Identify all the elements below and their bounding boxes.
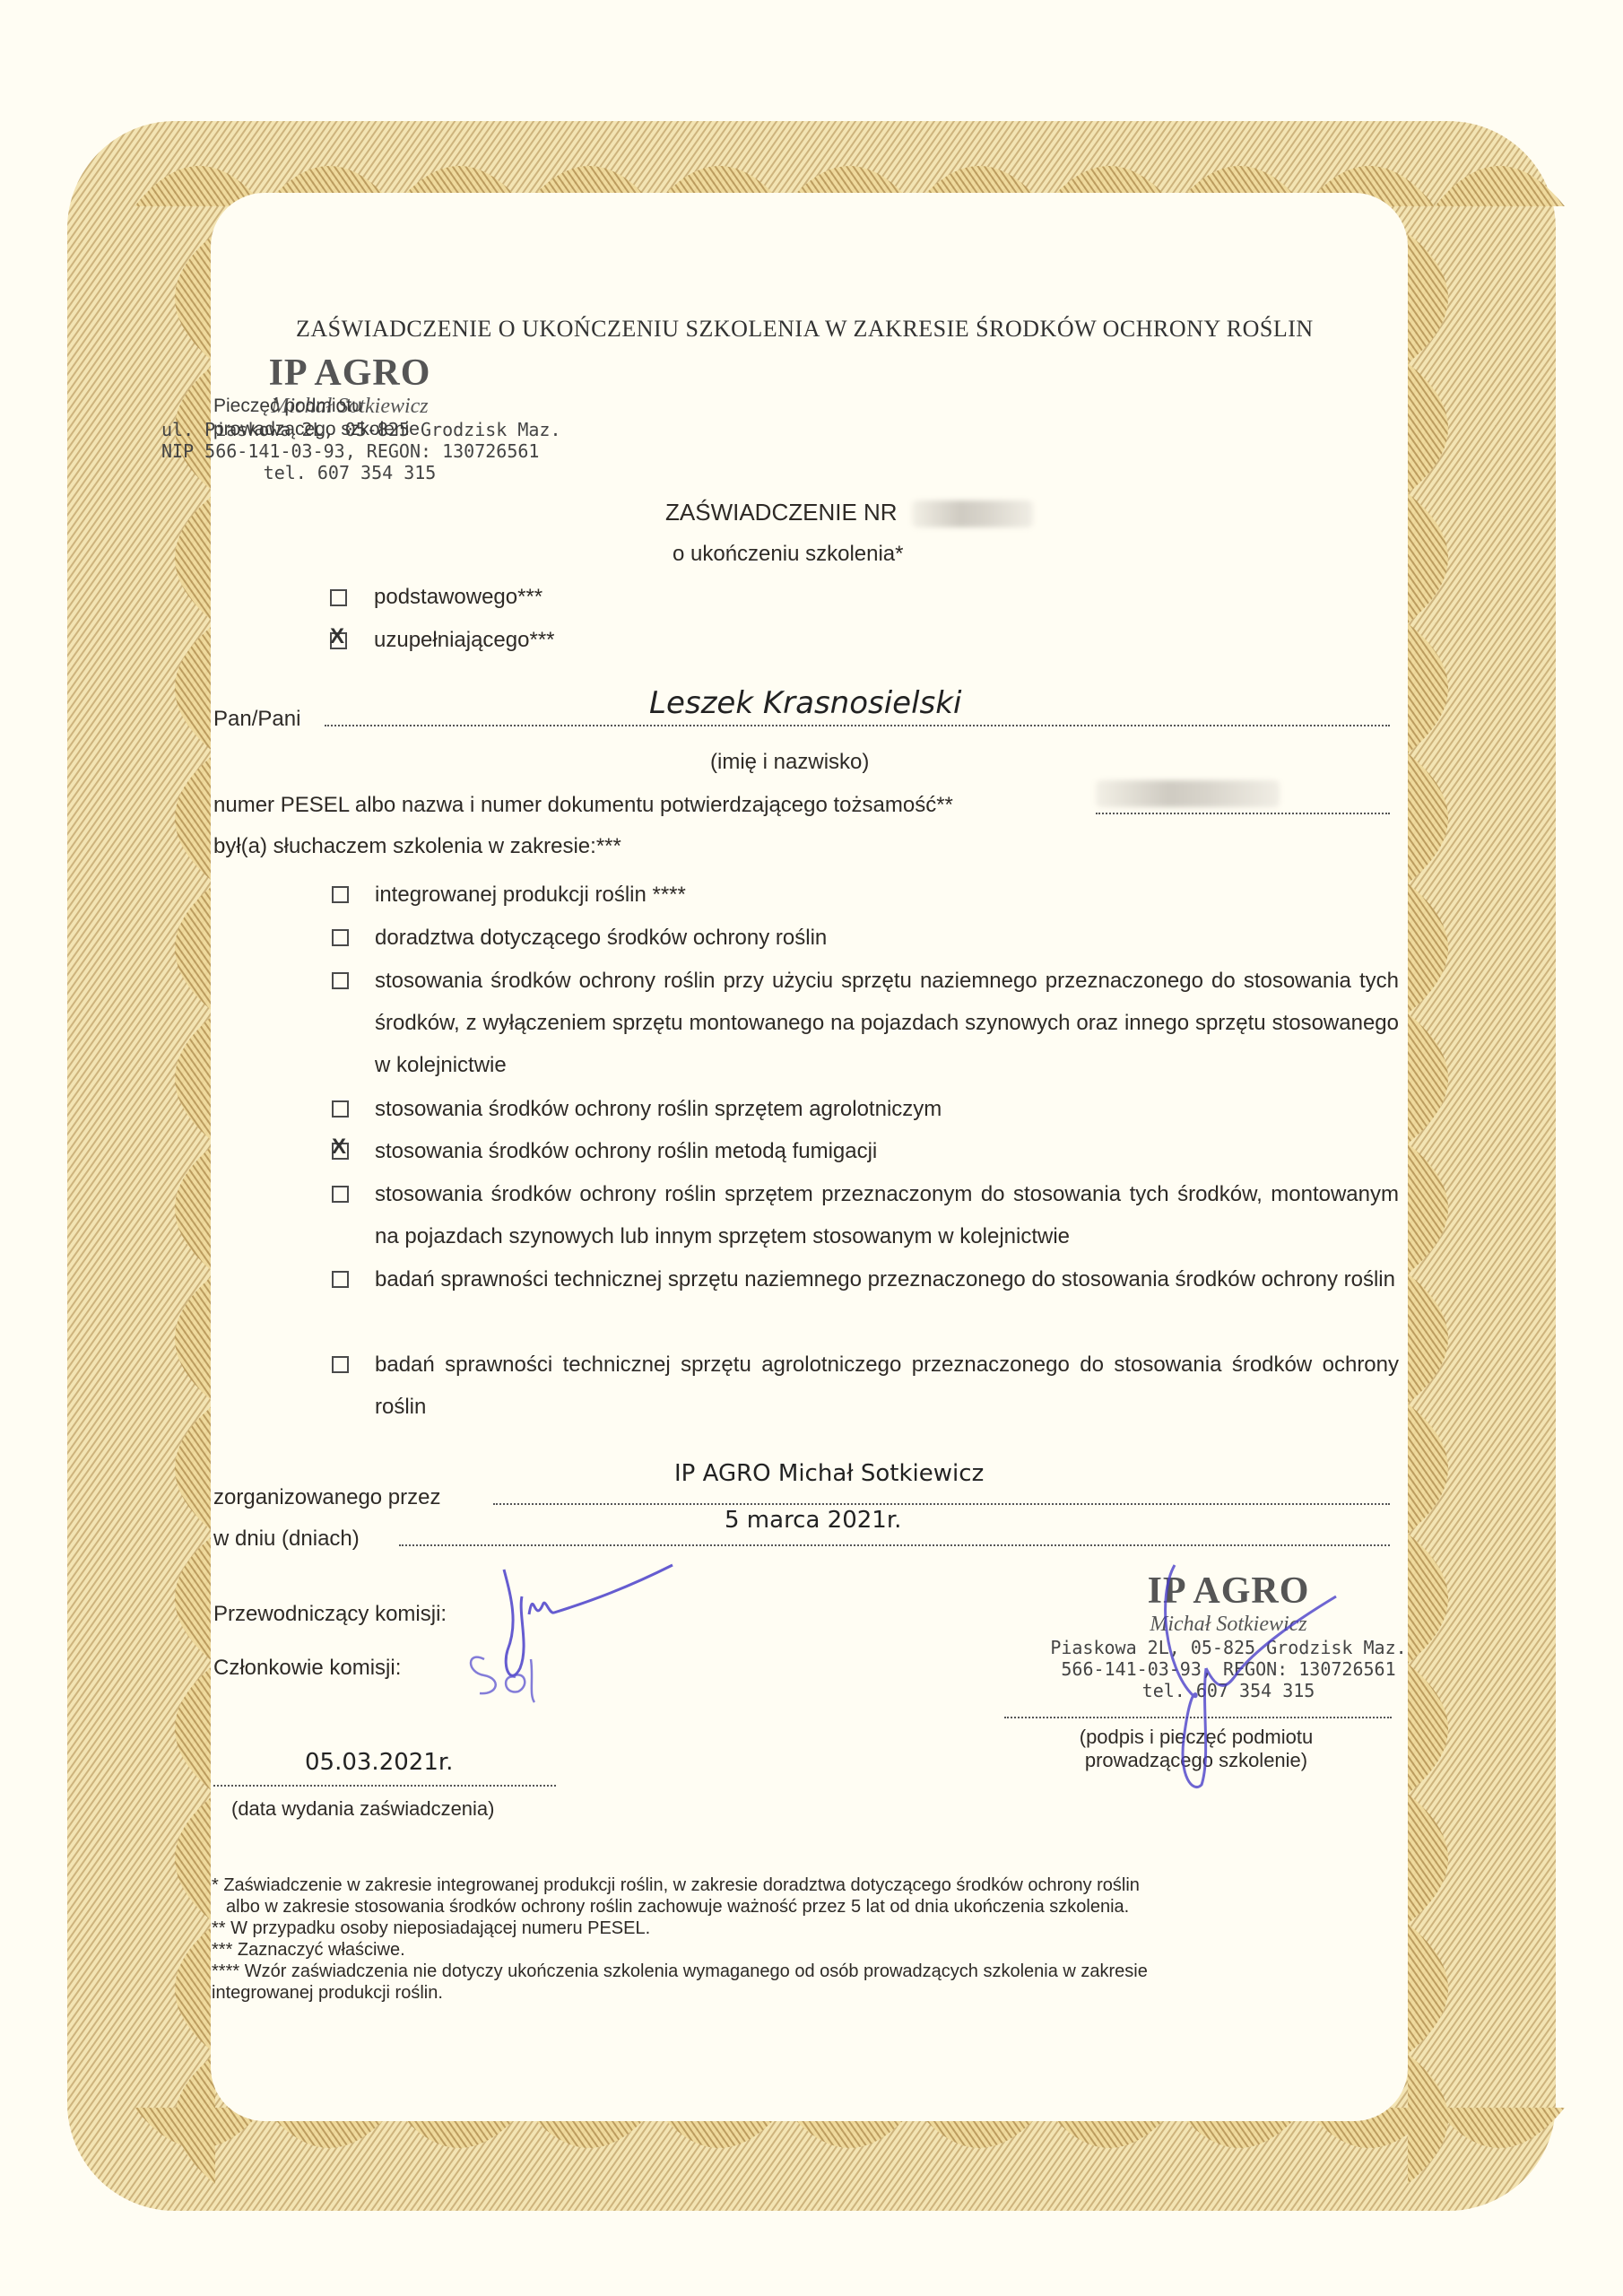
scope-item[interactable]: integrowanej produkcji roślin **** (332, 874, 1399, 916)
stamp-brand: IP AGRO (161, 352, 538, 395)
certificate-subtitle: o ukończeniu szkolenia* (673, 542, 904, 567)
checkbox-checked[interactable] (332, 1143, 349, 1160)
footnotes: * Zaświadczenie w zakresie integrowanej … (212, 1874, 1395, 2004)
training-type-basic[interactable]: podstawowego*** (330, 585, 542, 610)
footnote-4-cont: integrowanej produkcji roślin. (212, 1982, 1395, 2004)
name-caption: (imię i nazwisko) (710, 750, 869, 775)
checkbox[interactable] (332, 1100, 349, 1118)
certificate-number-redacted (912, 500, 1033, 527)
participant-label: Pan/Pani (213, 707, 300, 732)
stamp-label-line2: prowadzącego szkolenie (213, 418, 420, 441)
scope-item-label: stosowania środków ochrony roślin sprzęt… (375, 1088, 1399, 1130)
checkbox[interactable] (332, 1271, 349, 1288)
training-type-label: podstawowego*** (374, 585, 542, 609)
stamp-label-line1: Pieczęć podmiotu (213, 395, 420, 418)
scope-item-label: badań sprawności technicznej sprzętu agr… (375, 1344, 1399, 1428)
commission-members-label: Członkowie komisji: (213, 1656, 401, 1681)
stamp-phone: tel. 607 354 315 (161, 462, 538, 483)
id-dotted-line (1096, 813, 1390, 814)
date-dotted-line (399, 1544, 1390, 1546)
participant-name: Leszek Krasnosielski (649, 685, 961, 721)
scope-item[interactable]: doradztwa dotyczącego środków ochrony ro… (332, 917, 1399, 959)
certificate-number-label: ZAŚWIADCZENIE NR (665, 499, 898, 526)
scope-item-label: stosowania środków ochrony roślin metodą… (375, 1130, 1399, 1172)
scope-item[interactable]: stosowania środków ochrony roślin sprzęt… (332, 1088, 1399, 1130)
scope-item[interactable]: stosowania środków ochrony roślin sprzęt… (332, 1173, 1399, 1257)
scope-item-label: integrowanej produkcji roślin **** (375, 874, 1399, 916)
checkbox-checked[interactable] (330, 632, 347, 649)
handwritten-signature-organizer (1139, 1561, 1345, 1812)
name-dotted-line (325, 725, 1390, 726)
checkbox[interactable] (332, 972, 349, 989)
document-title: ZAŚWIADCZENIE O UKOŃCZENIU SZKOLENIA W Z… (296, 316, 1314, 343)
training-type-supplementary[interactable]: uzupełniającego*** (330, 628, 555, 653)
handwritten-signature-chair (448, 1561, 681, 1704)
footnote-3: *** Zaznaczyć właściwe. (212, 1939, 1395, 1961)
id-label: numer PESEL albo nazwa i numer dokumentu… (213, 793, 953, 818)
stamp-ids: NIP 566-141-03-93, REGON: 130726561 (161, 440, 538, 462)
issue-date-dotted-line (213, 1785, 556, 1787)
scope-item-label: badań sprawności technicznej sprzętu naz… (375, 1258, 1399, 1300)
id-value-redacted (1096, 780, 1280, 807)
commission-chair-label: Przewodniczący komisji: (213, 1602, 447, 1627)
stamp-placeholder-label: Pieczęć podmiotu prowadzącego szkolenie (213, 395, 420, 441)
scope-item[interactable]: badań sprawności technicznej sprzętu naz… (332, 1258, 1399, 1300)
organizer-value: IP AGRO Michał Sotkiewicz (674, 1460, 984, 1487)
checkbox[interactable] (332, 929, 349, 946)
scope-item[interactable]: badań sprawności technicznej sprzętu agr… (332, 1344, 1399, 1428)
scope-item-label: stosowania środków ochrony roślin przy u… (375, 960, 1399, 1086)
scope-item-label: stosowania środków ochrony roślin sprzęt… (375, 1173, 1399, 1257)
organizer-label: zorganizowanego przez (213, 1485, 441, 1510)
footnote-1-cont: albo w zakresie stosowania środków ochro… (212, 1896, 1395, 1918)
issue-date-caption: (data wydania zaświadczenia) (231, 1797, 495, 1821)
footnote-1: * Zaświadczenie w zakresie integrowanej … (212, 1874, 1395, 1896)
scope-item[interactable]: stosowania środków ochrony roślin metodą… (332, 1130, 1399, 1172)
certificate-number-row: ZAŚWIADCZENIE NR (665, 499, 1033, 527)
scope-item-label: doradztwa dotyczącego środków ochrony ro… (375, 917, 1399, 959)
date-value: 5 marca 2021r. (725, 1507, 901, 1534)
checkbox[interactable] (332, 886, 349, 903)
issue-date-value: 05.03.2021r. (305, 1749, 453, 1776)
scope-item[interactable]: stosowania środków ochrony roślin przy u… (332, 960, 1399, 1086)
date-label: w dniu (dniach) (213, 1526, 360, 1552)
footnote-2: ** W przypadku osoby nieposiadającej num… (212, 1918, 1395, 1939)
checkbox[interactable] (332, 1356, 349, 1373)
training-type-label: uzupełniającego*** (374, 628, 555, 652)
scope-intro: był(a) słuchaczem szkolenia w zakresie:*… (213, 834, 621, 859)
footnote-4: **** Wzór zaświadczenia nie dotyczy ukoń… (212, 1961, 1395, 1982)
checkbox[interactable] (330, 589, 347, 606)
checkbox[interactable] (332, 1186, 349, 1203)
organizer-dotted-line (493, 1503, 1390, 1505)
